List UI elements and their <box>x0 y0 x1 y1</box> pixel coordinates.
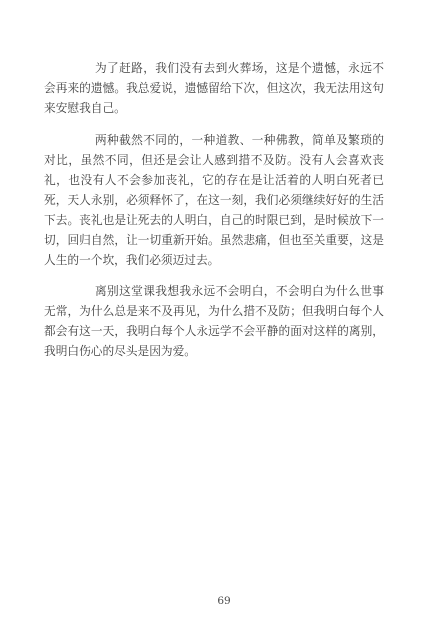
paragraph-3: 离别这堂课我想我永远不会明白，不会明白为什么世事无常，为什么总是来不及再见，为什… <box>44 281 384 361</box>
paragraph-1: 为了赶路，我们没有去到火葬场，这是个遗憾，永远不会再来的遗憾。我总爱说，遗憾留给… <box>44 58 384 118</box>
page-number: 69 <box>217 595 230 607</box>
paragraph-2: 两种截然不同的，一种道教、一种佛教，简单及繁琐的对比，虽然不同，但还是会让人感到… <box>44 130 384 270</box>
page-footer: 69 <box>0 594 448 608</box>
document-page: 为了赶路，我们没有去到火葬场，这是个遗憾，永远不会再来的遗憾。我总爱说，遗憾留给… <box>0 0 448 640</box>
page-text-block: 为了赶路，我们没有去到火葬场，这是个遗憾，永远不会再来的遗憾。我总爱说，遗憾留给… <box>44 58 384 373</box>
